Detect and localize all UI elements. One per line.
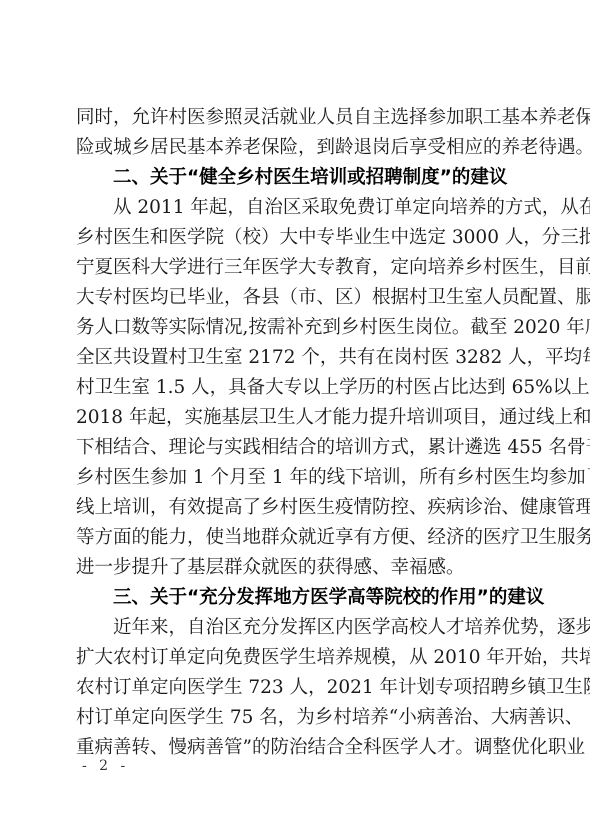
body-line: 村卫生室 1.5 人，具备大专以上学历的村医占比达到 65%以上。 bbox=[76, 373, 526, 403]
body-line: 大专村医均已毕业，各县（市、区）根据村卫生室人员配置、服 bbox=[76, 283, 526, 313]
page-number: - 2 - bbox=[82, 758, 129, 774]
body-line: 2018 年起，实施基层卫生人才能力提升培训项目，通过线上和线 bbox=[76, 403, 526, 433]
document-page: 同时，允许村医参照灵活就业人员自主选择参加职工基本养老保 险或城乡居民基本养老保… bbox=[0, 0, 590, 839]
body-line: 等方面的能力，使当地群众就近享有方便、经济的医疗卫生服务， bbox=[76, 523, 526, 553]
document-body: 同时，允许村医参照灵活就业人员自主选择参加职工基本养老保 险或城乡居民基本养老保… bbox=[76, 103, 526, 763]
body-line: 从 2011 年起，自治区采取免费订单定向培养的方式，从在职 bbox=[76, 193, 526, 223]
section-heading-2: 二、关于“健全乡村医生培训或招聘制度”的建议 bbox=[76, 163, 526, 193]
body-line: 全区共设置村卫生室 2172 个，共有在岗村医 3282 人，平均每个 bbox=[76, 343, 526, 373]
body-line: 扩大农村订单定向免费医学生培养规模，从 2010 年开始，共培养 bbox=[76, 643, 526, 673]
section-heading-3: 三、关于“充分发挥地方医学高等院校的作用”的建议 bbox=[76, 583, 526, 613]
body-line: 同时，允许村医参照灵活就业人员自主选择参加职工基本养老保 bbox=[76, 103, 526, 133]
body-line: 进一步提升了基层群众就医的获得感、幸福感。 bbox=[76, 553, 526, 583]
body-line: 乡村医生参加 1 个月至 1 年的线下培训，所有乡村医生均参加了 bbox=[76, 463, 526, 493]
body-line: 近年来，自治区充分发挥区内医学高校人才培养优势，逐步 bbox=[76, 613, 526, 643]
body-line: 农村订单定向医学生 723 人，2021 年计划专项招聘乡镇卫生院农 bbox=[76, 673, 526, 703]
body-line: 重病善转、慢病善管”的防治结合全科医学人才。调整优化职业 bbox=[76, 733, 526, 763]
body-line: 乡村医生和医学院（校）大中专毕业生中选定 3000 人，分三批在 bbox=[76, 223, 526, 253]
body-line: 村订单定向医学生 75 名，为乡村培养“小病善治、大病善识、 bbox=[76, 703, 526, 733]
body-line: 务人口数等实际情况,按需补充到乡村医生岗位。截至 2020 年底， bbox=[76, 313, 526, 343]
body-line: 线上培训，有效提高了乡村医生疫情防控、疾病诊治、健康管理 bbox=[76, 493, 526, 523]
body-line: 下相结合、理论与实践相结合的培训方式，累计遴选 455 名骨干 bbox=[76, 433, 526, 463]
body-line: 险或城乡居民基本养老保险，到龄退岗后享受相应的养老待遇。 bbox=[76, 133, 526, 163]
body-line: 宁夏医科大学进行三年医学大专教育，定向培养乡村医生，目前 bbox=[76, 253, 526, 283]
